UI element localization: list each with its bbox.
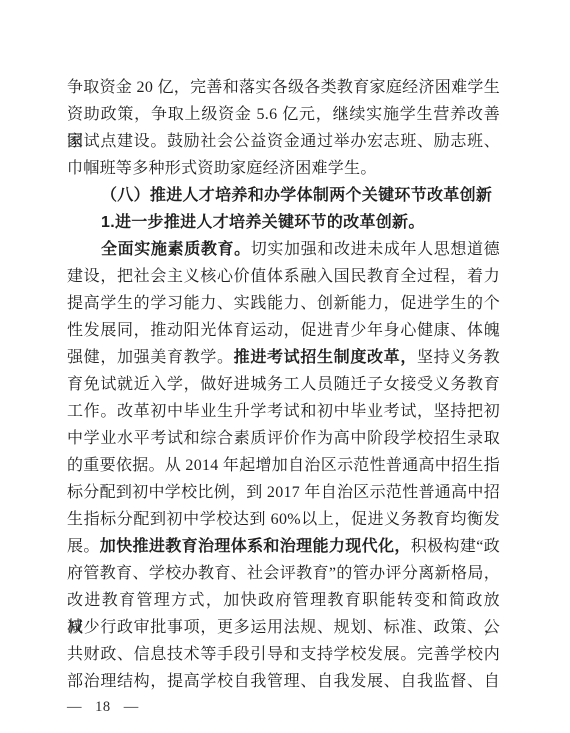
line-text: 标分配到初中学校比例，到 2017 年自治区示范性普通高中招 [67,484,500,501]
text-line: 性发展同，推动阳光体育运动，促进青少年身心健康、体魄 [67,317,500,344]
line-text: 减少行政审批事项，更多运用法规、规划、标准、政策、公 [67,619,500,636]
text-line: 巾帼班等多种形式资助家庭经济困难学生。 [67,155,500,182]
text-line: 改进教育管理方式，加快政府管理教育职能转变和简政放权， [67,587,500,614]
line-text: 部治理结构，提高学校自我管理、自我发展、自我监督、自 [67,673,500,690]
line-text: 育免试就近入学，做好进城务工人员随迁子女接受义务教育 [67,376,500,393]
text-line: 的重要依据。从 2014 年起增加自治区示范性普通高中招生指 [67,452,500,479]
document-body: 争取资金 20 亿，完善和落实各级各类教育家庭经济困难学生 资助政策，争取上级资… [67,74,500,695]
line-text: 切实加强和改进未成年人思想道德 [251,241,500,258]
line-text: 的重要依据。从 2014 年起增加自治区示范性普通高中招生指 [67,457,500,474]
line-text: 提高学生的学习能力、实践能力、创新能力，促进学生的个 [67,295,500,312]
text-line: 共财政、信息技术等手段引导和支持学校发展。完善学校内 [67,641,500,668]
text-line: 强健，加强美育教学。推进考试招生制度改革，坚持义务教 [67,344,500,371]
page-number: — 18 — [67,699,139,716]
text-line: 家试点建设。鼓励社会公益资金通过举办宏志班、励志班、 [67,128,500,155]
line-text: 建设，把社会主义核心价值体系融入国民教育全过程，着力 [67,268,500,285]
run-in-heading: 推进考试招生制度改革， [234,349,417,366]
text-line: 部治理结构，提高学校自我管理、自我发展、自我监督、自 [67,668,500,695]
line-text: 生指标分配到初中学校达到 60%以上，促进义务教育均衡发 [67,511,500,528]
text-line: 全面实施素质教育。切实加强和改进未成年人思想道德 [67,236,500,263]
document-page: 争取资金 20 亿，完善和落实各级各类教育家庭经济困难学生 资助政策，争取上级资… [0,0,570,733]
page-number-text: — 18 — [67,699,139,715]
text-line: 争取资金 20 亿，完善和落实各级各类教育家庭经济困难学生 [67,74,500,101]
text-line: 资助政策，争取上级资金 5.6 亿元，继续实施学生营养改善国 [67,101,500,128]
section-heading-text: （八）推进人才培养和办学体制两个关键环节改革创新 [101,187,492,204]
text-line: 展。加快推进教育治理体系和治理能力现代化，积极构建“政 [67,533,500,560]
text-line: 育免试就近入学，做好进城务工人员随迁子女接受义务教育 [67,371,500,398]
line-text: 展。 [67,538,100,555]
subsection-heading-text: 1.进一步推进人才培养关键环节的改革创新。 [101,214,425,231]
text-line: 标分配到初中学校比例，到 2017 年自治区示范性普通高中招 [67,479,500,506]
subsection-heading: 1.进一步推进人才培养关键环节的改革创新。 [67,209,500,236]
text-line: 中学业水平考试和综合素质评价作为高中阶段学校招生录取 [67,425,500,452]
run-in-heading: 加快推进教育治理体系和治理能力现代化， [100,538,411,555]
text-line: 建设，把社会主义核心价值体系融入国民教育全过程，着力 [67,263,500,290]
text-line: 工作。改革初中毕业生升学考试和初中毕业考试，坚持把初 [67,398,500,425]
line-text: 巾帼班等多种形式资助家庭经济困难学生。 [67,160,377,177]
line-text: 性发展同，推动阳光体育运动，促进青少年身心健康、体魄 [67,322,500,339]
run-in-heading: 全面实施素质教育。 [101,241,251,258]
line-text: 共财政、信息技术等手段引导和支持学校发展。完善学校内 [67,646,500,663]
line-text: 坚持义务教 [417,349,500,366]
line-text: 家试点建设。鼓励社会公益资金通过举办宏志班、励志班、 [67,133,500,150]
line-text: 工作。改革初中毕业生升学考试和初中毕业考试，坚持把初 [67,403,500,420]
line-text: 争取资金 20 亿，完善和落实各级各类教育家庭经济困难学生 [67,79,500,96]
section-heading: （八）推进人才培养和办学体制两个关键环节改革创新 [67,182,500,209]
text-line: 生指标分配到初中学校达到 60%以上，促进义务教育均衡发 [67,506,500,533]
text-line: 提高学生的学习能力、实践能力、创新能力，促进学生的个 [67,290,500,317]
text-line: 府管教育、学校办教育、社会评教育”的管办评分离新格局， [67,560,500,587]
text-line: 减少行政审批事项，更多运用法规、规划、标准、政策、公 [67,614,500,641]
line-text: 积极构建“政 [411,538,500,555]
line-text: 强健，加强美育教学。 [67,349,234,366]
line-text: 府管教育、学校办教育、社会评教育”的管办评分离新格局， [67,565,500,582]
line-text: 中学业水平考试和综合素质评价作为高中阶段学校招生录取 [67,430,500,447]
